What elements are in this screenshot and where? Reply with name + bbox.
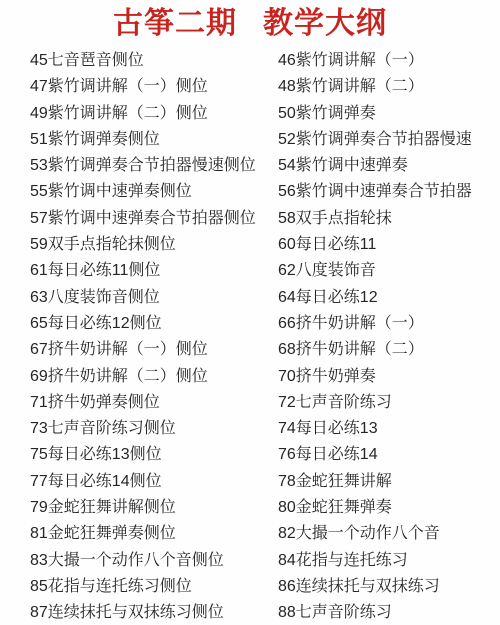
syllabus-item: 83大撮一个动作八个音侧位 [0, 548, 250, 574]
syllabus-item: 72七声音阶练习 [250, 390, 500, 416]
syllabus-item: 67挤牛奶讲解（一）侧位 [0, 337, 250, 363]
syllabus-item: 52紫竹调弹奏合节拍器慢速 [250, 127, 500, 153]
syllabus-row: 87连续抹托与双抹练习侧位 88七声音阶练习 [0, 600, 500, 625]
syllabus-row: 81金蛇狂舞弹奏侧位 82大撮一个动作八个音 [0, 521, 500, 547]
page-title: 古筝二期教学大纲 [0, 7, 500, 41]
syllabus-item: 73七声音阶练习侧位 [0, 416, 250, 442]
syllabus-item: 85花指与连托练习侧位 [0, 574, 250, 600]
syllabus-item: 77每日必练14侧位 [0, 469, 250, 495]
syllabus-item: 84花指与连托练习 [250, 548, 500, 574]
syllabus-item: 66挤牛奶讲解（一） [250, 311, 500, 337]
syllabus-item: 74每日必练13 [250, 416, 500, 442]
syllabus-item: 57紫竹调中速弹奏合节拍器侧位 [0, 206, 250, 232]
syllabus-row: 67挤牛奶讲解（一）侧位 68挤牛奶讲解（二） [0, 337, 500, 363]
syllabus-item: 56紫竹调中速弹奏合节拍器 [250, 179, 500, 205]
syllabus-row: 65每日必练12侧位 66挤牛奶讲解（一） [0, 311, 500, 337]
syllabus-item: 87连续抹托与双抹练习侧位 [0, 600, 250, 625]
syllabus-item: 80金蛇狂舞弹奏 [250, 495, 500, 521]
syllabus-item: 64每日必练12 [250, 285, 500, 311]
syllabus-row: 83大撮一个动作八个音侧位 84花指与连托练习 [0, 548, 500, 574]
syllabus-item: 76每日必练14 [250, 442, 500, 468]
syllabus-row: 77每日必练14侧位 78金蛇狂舞讲解 [0, 469, 500, 495]
syllabus-item: 86连续抹托与双抹练习 [250, 574, 500, 600]
syllabus-row: 53紫竹调弹奏合节拍器慢速侧位 54紫竹调中速弹奏 [0, 153, 500, 179]
syllabus-row: 55紫竹调中速弹奏侧位 56紫竹调中速弹奏合节拍器 [0, 179, 500, 205]
syllabus-row: 45七音琶音侧位 46紫竹调讲解（一） [0, 48, 500, 74]
syllabus-item: 51紫竹调弹奏侧位 [0, 127, 250, 153]
syllabus-item: 46紫竹调讲解（一） [250, 48, 500, 74]
syllabus-item: 78金蛇狂舞讲解 [250, 469, 500, 495]
syllabus-item: 69挤牛奶讲解（二）侧位 [0, 364, 250, 390]
syllabus-item: 54紫竹调中速弹奏 [250, 153, 500, 179]
syllabus-item: 60每日必练11 [250, 232, 500, 258]
syllabus-item: 63八度装饰音侧位 [0, 285, 250, 311]
syllabus-page: 古筝二期教学大纲 45七音琶音侧位 46紫竹调讲解（一） 47紫竹调讲解（一）侧… [0, 0, 500, 625]
syllabus-row: 49紫竹调讲解（二）侧位 50紫竹调弹奏 [0, 101, 500, 127]
syllabus-item: 79金蛇狂舞讲解侧位 [0, 495, 250, 521]
syllabus-item: 68挤牛奶讲解（二） [250, 337, 500, 363]
syllabus-list: 45七音琶音侧位 46紫竹调讲解（一） 47紫竹调讲解（一）侧位 48紫竹调讲解… [0, 48, 500, 625]
syllabus-item: 47紫竹调讲解（一）侧位 [0, 74, 250, 100]
syllabus-item: 59双手点指轮抹侧位 [0, 232, 250, 258]
syllabus-item: 71挤牛奶弹奏侧位 [0, 390, 250, 416]
syllabus-item: 45七音琶音侧位 [0, 48, 250, 74]
syllabus-row: 71挤牛奶弹奏侧位 72七声音阶练习 [0, 390, 500, 416]
syllabus-row: 75每日必练13侧位 76每日必练14 [0, 442, 500, 468]
syllabus-row: 59双手点指轮抹侧位 60每日必练11 [0, 232, 500, 258]
syllabus-row: 57紫竹调中速弹奏合节拍器侧位 58双手点指轮抹 [0, 206, 500, 232]
syllabus-row: 61每日必练11侧位 62八度装饰音 [0, 258, 500, 284]
syllabus-row: 85花指与连托练习侧位 86连续抹托与双抹练习 [0, 574, 500, 600]
syllabus-item: 53紫竹调弹奏合节拍器慢速侧位 [0, 153, 250, 179]
page-title-part1: 古筝二期 [113, 7, 237, 40]
syllabus-row: 47紫竹调讲解（一）侧位 48紫竹调讲解（二） [0, 74, 500, 100]
syllabus-item: 65每日必练12侧位 [0, 311, 250, 337]
syllabus-item: 49紫竹调讲解（二）侧位 [0, 101, 250, 127]
syllabus-item: 82大撮一个动作八个音 [250, 521, 500, 547]
syllabus-row: 51紫竹调弹奏侧位 52紫竹调弹奏合节拍器慢速 [0, 127, 500, 153]
syllabus-item: 55紫竹调中速弹奏侧位 [0, 179, 250, 205]
syllabus-item: 75每日必练13侧位 [0, 442, 250, 468]
page-title-part2: 教学大纲 [263, 7, 387, 40]
syllabus-item: 81金蛇狂舞弹奏侧位 [0, 521, 250, 547]
syllabus-item: 70挤牛奶弹奏 [250, 364, 500, 390]
syllabus-item: 61每日必练11侧位 [0, 258, 250, 284]
syllabus-item: 88七声音阶练习 [250, 600, 500, 625]
syllabus-item: 50紫竹调弹奏 [250, 101, 500, 127]
syllabus-row: 63八度装饰音侧位 64每日必练12 [0, 285, 500, 311]
syllabus-row: 73七声音阶练习侧位 74每日必练13 [0, 416, 500, 442]
syllabus-item: 48紫竹调讲解（二） [250, 74, 500, 100]
syllabus-row: 79金蛇狂舞讲解侧位 80金蛇狂舞弹奏 [0, 495, 500, 521]
syllabus-item: 58双手点指轮抹 [250, 206, 500, 232]
syllabus-row: 69挤牛奶讲解（二）侧位 70挤牛奶弹奏 [0, 364, 500, 390]
syllabus-item: 62八度装饰音 [250, 258, 500, 284]
